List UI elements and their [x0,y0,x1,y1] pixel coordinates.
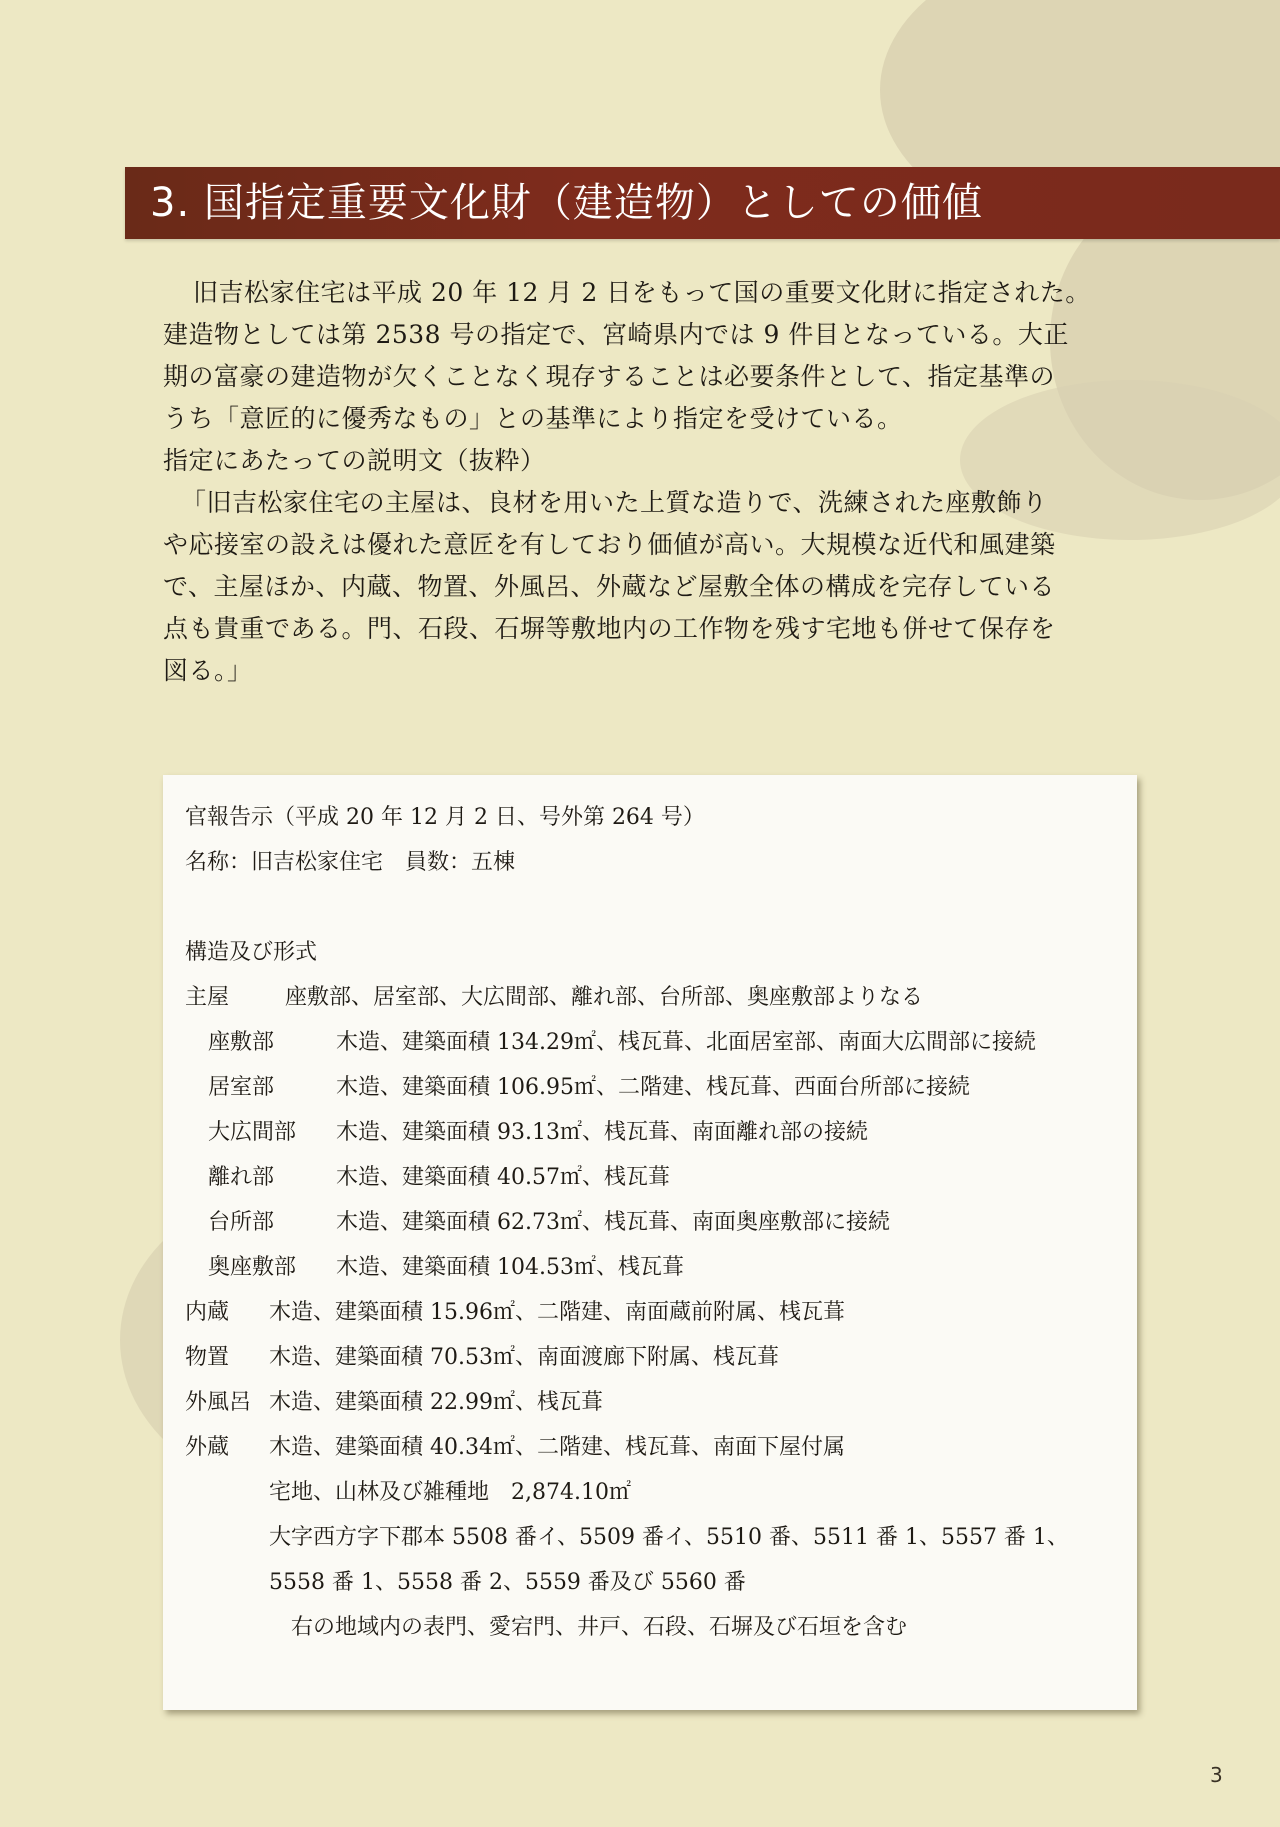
building-label: 主屋 [185,975,285,1020]
intro-line: 旧吉松家住宅は平成 20 年 12 月 2 日をもって国の重要文化財に指定された… [163,272,1163,314]
part-label: 居室部 [185,1065,336,1110]
part-label: 台所部 [185,1200,336,1245]
part-row: 台所部 木造、建築面積 62.73㎡、桟瓦葺、南面奥座敷部に接続 [185,1200,1069,1245]
part-row: 座敷部 木造、建築面積 134.29㎡、桟瓦葺、北面居室部、南面大広間部に接続 [185,1020,1069,1065]
part-row: 奥座敷部 木造、建築面積 104.53㎡、桟瓦葺 [185,1245,1069,1290]
part-description: 木造、建築面積 106.95㎡、二階建、桟瓦葺、西面台所部に接続 [336,1065,970,1110]
intro-line: 期の富豪の建造物が欠くことなく現存することは必要条件として、指定基準の [163,356,1163,398]
land-lots: 5558 番 1、5558 番 2、5559 番及び 5560 番 [185,1560,1069,1605]
intro-text: 旧吉松家住宅は平成 20 年 12 月 2 日をもって国の重要文化財に指定された… [163,272,1163,692]
structure-heading: 構造及び形式 [185,930,1069,975]
quote-line: 点も貴重である。門、石段、石塀等敷地内の工作物を残す宅地も併せて保存を [163,608,1163,650]
intro-line: 建造物としては第 2538 号の指定で、宮崎県内では 9 件目となっている。大正 [163,314,1163,356]
building-description: 木造、建築面積 15.96㎡、二階建、南面蔵前附属、桟瓦葺 [269,1290,845,1335]
building-description: 木造、建築面積 22.99㎡、桟瓦葺 [269,1380,603,1425]
part-label: 奥座敷部 [185,1245,336,1290]
gazette-notice-box: 官報告示（平成 20 年 12 月 2 日、号外第 264 号） 名称：旧吉松家… [163,775,1137,1710]
part-description: 木造、建築面積 104.53㎡、桟瓦葺 [336,1245,684,1290]
building-row: 物置 木造、建築面積 70.53㎡、南面渡廊下附属、桟瓦葺 [185,1335,1069,1380]
land-inclusions: 右の地域内の表門、愛宕門、井戸、石段、石塀及び石垣を含む [185,1605,1069,1650]
building-row: 外蔵 木造、建築面積 40.34㎡、二階建、桟瓦葺、南面下屋付属 [185,1425,1069,1470]
land-lots: 大字西方字下郡本 5508 番イ、5509 番イ、5510 番、5511 番 1… [185,1515,1069,1560]
land-area: 宅地、山林及び雑種地 2,874.10㎡ [185,1470,1069,1515]
property-name: 名称：旧吉松家住宅 員数：五棟 [185,840,1069,885]
quote-line: で、主屋ほか、内蔵、物置、外風呂、外蔵など屋敷全体の構成を完存している [163,566,1163,608]
part-label: 座敷部 [185,1020,336,1065]
part-row: 居室部 木造、建築面積 106.95㎡、二階建、桟瓦葺、西面台所部に接続 [185,1065,1069,1110]
building-description: 座敷部、居室部、大広間部、離れ部、台所部、奥座敷部よりなる [285,975,923,1020]
building-row: 内蔵 木造、建築面積 15.96㎡、二階建、南面蔵前附属、桟瓦葺 [185,1290,1069,1335]
part-row: 離れ部 木造、建築面積 40.57㎡、桟瓦葺 [185,1155,1069,1200]
part-description: 木造、建築面積 93.13㎡、桟瓦葺、南面離れ部の接続 [336,1110,868,1155]
building-description: 木造、建築面積 70.53㎡、南面渡廊下附属、桟瓦葺 [269,1335,779,1380]
part-label: 大広間部 [185,1110,336,1155]
building-label: 外風呂 [185,1380,269,1425]
quote-line: 図る。」 [163,650,1163,692]
quote-line: 「旧吉松家住宅の主屋は、良材を用いた上質な造りで、洗練された座敷飾り [163,482,1163,524]
building-label: 物置 [185,1335,269,1380]
part-description: 木造、建築面積 134.29㎡、桟瓦葺、北面居室部、南面大広間部に接続 [336,1020,1036,1065]
gazette-reference: 官報告示（平成 20 年 12 月 2 日、号外第 264 号） [185,795,1069,840]
building-label: 外蔵 [185,1425,269,1470]
page-number: 3 [1210,1763,1223,1787]
part-description: 木造、建築面積 40.57㎡、桟瓦葺 [336,1155,670,1200]
excerpt-subheading: 指定にあたっての説明文（抜粋） [163,440,1163,482]
building-description: 木造、建築面積 40.34㎡、二階建、桟瓦葺、南面下屋付属 [269,1425,845,1470]
part-description: 木造、建築面積 62.73㎡、桟瓦葺、南面奥座敷部に接続 [336,1200,890,1245]
quote-line: や応接室の設えは優れた意匠を有しており価値が高い。大規模な近代和風建築 [163,524,1163,566]
part-row: 大広間部 木造、建築面積 93.13㎡、桟瓦葺、南面離れ部の接続 [185,1110,1069,1155]
main-house-row: 主屋 座敷部、居室部、大広間部、離れ部、台所部、奥座敷部よりなる [185,975,1069,1020]
section-title: 3. 国指定重要文化財（建造物）としての価値 [150,172,983,234]
intro-line: うち「意匠的に優秀なもの」との基準により指定を受けている。 [163,398,1163,440]
building-label: 内蔵 [185,1290,269,1335]
building-row: 外風呂 木造、建築面積 22.99㎡、桟瓦葺 [185,1380,1069,1425]
part-label: 離れ部 [185,1155,336,1200]
